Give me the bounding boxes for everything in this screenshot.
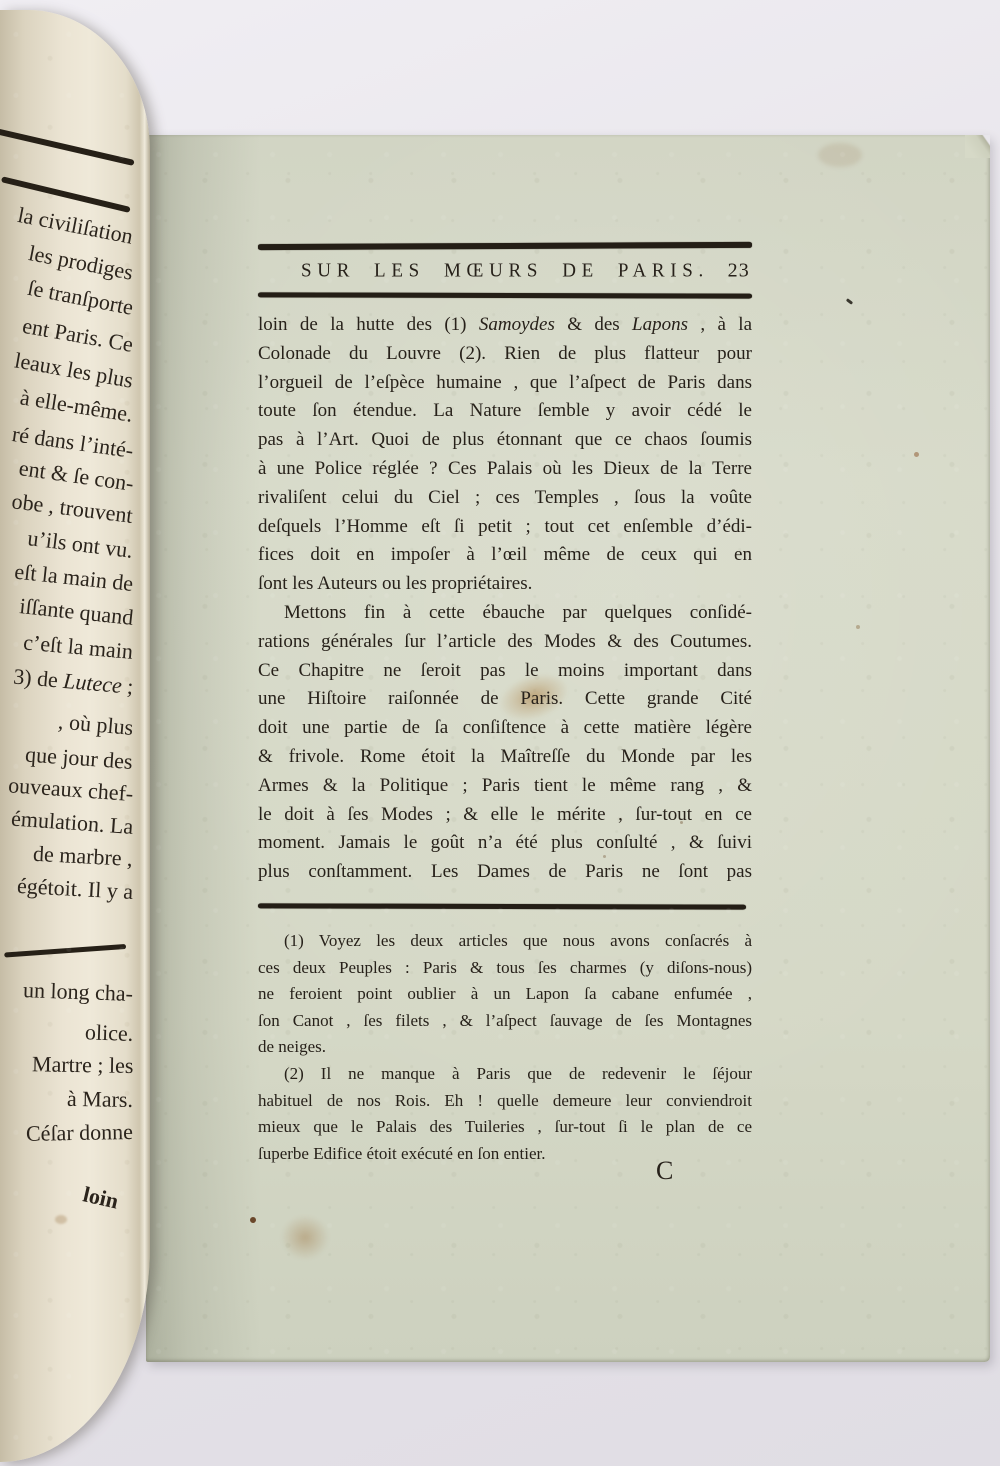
text-line: le doit à ſes Modes ; & elle le mérite ,… [258, 801, 752, 830]
text-line: mieux que le Palais des Tuileries , ſur-… [258, 1114, 752, 1141]
speck [250, 1217, 256, 1223]
text-line: ces deux Peuples : Paris & tous ſes char… [258, 955, 752, 982]
text-line: que jour des [25, 740, 134, 777]
running-title: SUR LES MŒURS DE PARIS. [301, 259, 709, 282]
text-line: à Mars. [67, 1084, 133, 1115]
text-line: un long cha- [23, 975, 134, 1009]
text-line: Martre ; les [31, 1049, 133, 1081]
text-line: fices doit en impoſer à l’œil même de ce… [258, 541, 752, 570]
text-line: c’eſt la main [22, 627, 134, 666]
text-line: ne feroient point oublier à un Lapon ſa … [258, 981, 752, 1008]
text-line: l’orgueil de l’eſpèce humaine , que l’aſ… [258, 369, 752, 398]
text-line: loin de la hutte des (1) Samoydes & des … [258, 311, 752, 340]
left-footnote-rule [4, 944, 126, 957]
text-line: de neiges. [258, 1034, 752, 1061]
text-line: Ce Chapitre ne ſeroit pas le moins impor… [258, 657, 752, 686]
speck [846, 298, 853, 305]
text-line: égétoit. Il y a [16, 871, 133, 907]
text-line: ſon Canot , ſes filets , & l’aſpect ſauv… [258, 1008, 752, 1035]
left-header-rule-top [0, 128, 135, 166]
footnote-lines: (1) Voyez les deux articles que nous avo… [258, 928, 752, 1167]
signature-mark: C [656, 1155, 752, 1187]
text-line: deſquels l’Homme eſt ſi petit ; tout cet… [258, 513, 752, 542]
speck [914, 452, 919, 457]
text-line: doit une partie de ſa conſiſtence à cett… [258, 714, 752, 743]
book-page-verso-curled: la civiliſationles prodigesſe tranſporte… [0, 10, 150, 1462]
text-line: à une Police réglée ? Ces Palais où les … [258, 455, 752, 484]
text-block: SUR LES MŒURS DE PARIS. 23 loin de la hu… [258, 243, 752, 1187]
text-line: ſont les Auteurs ou les propriétaires. [258, 570, 752, 599]
text-line: moment. Jamais le goût n’a été plus conſ… [258, 829, 752, 858]
text-line: pas à l’Art. Quoi de plus étonnant que c… [258, 426, 752, 455]
text-line: habituel de nos Rois. Eh ! quelle demeur… [258, 1088, 752, 1115]
text-line: émulation. La [10, 804, 134, 842]
text-line: une Hiſtoire raiſonnée de Paris. Cette g… [258, 685, 752, 714]
text-line: Colonade du Louvre (2). Rien de plus fla… [258, 340, 752, 369]
text-line: Céſar donne [26, 1117, 133, 1149]
stain [281, 1215, 329, 1260]
text-line: (2) Il ne manque à Paris que de redeveni… [258, 1061, 752, 1088]
text-line: de marbre , [33, 839, 134, 874]
text-line: Mettons fin à cette ébauche par quelques… [258, 599, 752, 628]
text-line: rivaliſent celui du Ciel ; ces Temples ,… [258, 484, 752, 513]
book-page-recto: SUR LES MŒURS DE PARIS. 23 loin de la hu… [146, 135, 990, 1362]
text-line: , où plus [57, 707, 135, 743]
photo-of-open-book: { "colors":{"ink":"#27211a","right_page_… [0, 0, 1000, 1466]
speck [856, 625, 860, 629]
text-line: 3) de Lutece ; [12, 662, 135, 702]
text-line: & frivole. Rome étoit la Maîtreſſe du Mo… [258, 743, 752, 772]
stain [818, 143, 862, 167]
text-line: (1) Voyez les deux articles que nous avo… [258, 928, 752, 955]
text-line: ouveaux chef- [7, 770, 134, 809]
page-number: 23 [728, 260, 750, 283]
stain [55, 1215, 67, 1224]
text-line: rations générales ſur l’article des Mode… [258, 628, 752, 657]
text-line: toute ſon étendue. La Nature ſemble y av… [258, 397, 752, 426]
text-line: plus conſtamment. Les Dames de Paris ne … [258, 858, 752, 887]
body-lines: loin de la hutte des (1) Samoydes & des … [258, 311, 752, 887]
page-header: SUR LES MŒURS DE PARIS. 23 [258, 249, 752, 293]
folded-corner [965, 135, 990, 158]
text-line: olice. [84, 1017, 133, 1049]
text-line: Armes & la Politique ; Paris tient le mê… [258, 772, 752, 801]
catchword: loin [80, 1181, 120, 1214]
